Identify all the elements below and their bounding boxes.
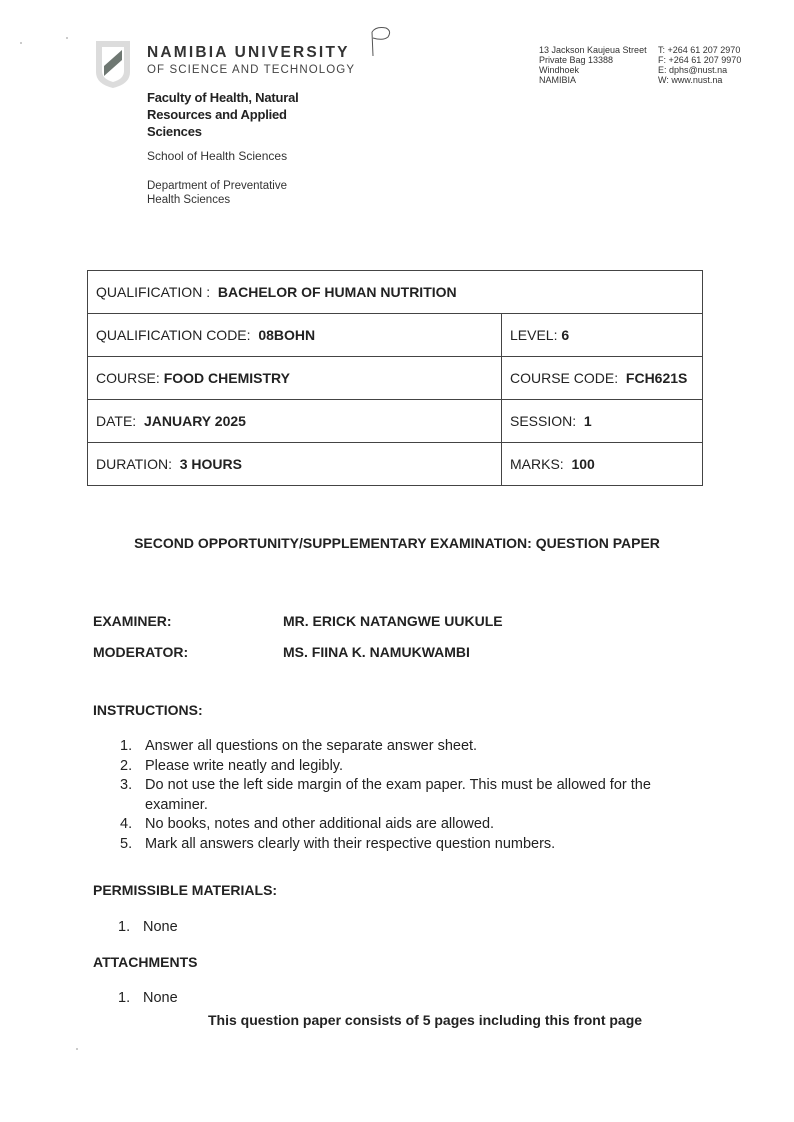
marks-value: 100 [571, 456, 594, 472]
list-item: 1.None [118, 989, 178, 1009]
duration-value: 3 HOURS [180, 456, 242, 472]
date-value: JANUARY 2025 [144, 413, 246, 429]
list-item: 5.Mark all answers clearly with their re… [120, 835, 680, 855]
list-item: 4.No books, notes and other additional a… [120, 815, 680, 835]
university-subtitle: OF SCIENCE AND TECHNOLOGY [147, 64, 355, 76]
address-line: 13 Jackson Kaujeua Street [539, 45, 647, 55]
date-cell: DATE: JANUARY 2025 [88, 400, 502, 443]
address-line: Windhoek [539, 65, 647, 75]
page-count-note: This question paper consists of 5 pages … [208, 1012, 642, 1028]
contact-phone: T: +264 61 207 2970 [658, 45, 741, 55]
handwritten-mark-icon [366, 22, 396, 58]
level-label: LEVEL: [510, 327, 557, 343]
list-item: 3.Do not use the left side margin of the… [120, 776, 680, 815]
date-label: DATE: [96, 413, 136, 429]
qualification-cell: QUALIFICATION : BACHELOR OF HUMAN NUTRIT… [88, 271, 703, 314]
marks-cell: MARKS: 100 [502, 443, 703, 486]
level-value: 6 [561, 327, 569, 343]
scan-speck [76, 1048, 78, 1050]
school-name: School of Health Sciences [147, 149, 287, 163]
level-cell: LEVEL: 6 [502, 314, 703, 357]
course-code-cell: COURSE CODE: FCH621S [502, 357, 703, 400]
list-item: 1.None [118, 918, 178, 938]
university-name: NAMIBIA UNIVERSITY [147, 44, 350, 62]
table-row: DURATION: 3 HOURS MARKS: 100 [88, 443, 703, 486]
course-value: FOOD CHEMISTRY [164, 370, 290, 386]
table-row: QUALIFICATION CODE: 08BOHN LEVEL: 6 [88, 314, 703, 357]
duration-label: DURATION: [96, 456, 172, 472]
qualification-code-label: QUALIFICATION CODE: [96, 327, 251, 343]
qualification-code-cell: QUALIFICATION CODE: 08BOHN [88, 314, 502, 357]
instructions-title: INSTRUCTIONS: [93, 702, 203, 718]
address-line: Private Bag 13388 [539, 55, 647, 65]
scan-speck [20, 42, 22, 44]
permissible-materials-title: PERMISSIBLE MATERIALS: [93, 882, 277, 898]
contact-website: W: www.nust.na [658, 75, 741, 85]
list-item: 2.Please write neatly and legibly. [120, 757, 680, 777]
faculty-name: Faculty of Health, Natural Resources and… [147, 89, 327, 140]
examiner-label: EXAMINER: [93, 613, 172, 629]
attachments-list: 1.None [118, 989, 178, 1009]
moderator-name: MS. FIINA K. NAMUKWAMBI [283, 644, 470, 660]
contact-block: T: +264 61 207 2970 F: +264 61 207 9970 … [658, 45, 741, 85]
table-row: DATE: JANUARY 2025 SESSION: 1 [88, 400, 703, 443]
course-code-label: COURSE CODE: [510, 370, 618, 386]
session-cell: SESSION: 1 [502, 400, 703, 443]
course-cell: COURSE: FOOD CHEMISTRY [88, 357, 502, 400]
university-logo-icon [93, 38, 133, 90]
course-label: COURSE: [96, 370, 160, 386]
qualification-value: BACHELOR OF HUMAN NUTRITION [218, 284, 457, 300]
list-item: 1.Answer all questions on the separate a… [120, 737, 680, 757]
session-label: SESSION: [510, 413, 576, 429]
duration-cell: DURATION: 3 HOURS [88, 443, 502, 486]
contact-email: E: dphs@nust.na [658, 65, 741, 75]
permissible-materials-list: 1.None [118, 918, 178, 938]
address-block: 13 Jackson Kaujeua Street Private Bag 13… [539, 45, 647, 85]
exam-details-table: QUALIFICATION : BACHELOR OF HUMAN NUTRIT… [87, 270, 703, 486]
table-row: QUALIFICATION : BACHELOR OF HUMAN NUTRIT… [88, 271, 703, 314]
scan-speck [66, 37, 68, 39]
contact-fax: F: +264 61 207 9970 [658, 55, 741, 65]
exam-title: SECOND OPPORTUNITY/SUPPLEMENTARY EXAMINA… [0, 535, 794, 551]
qualification-code-value: 08BOHN [258, 327, 315, 343]
attachments-title: ATTACHMENTS [93, 954, 197, 970]
qualification-label: QUALIFICATION : [96, 284, 210, 300]
session-value: 1 [584, 413, 592, 429]
address-line: NAMIBIA [539, 75, 647, 85]
table-row: COURSE: FOOD CHEMISTRY COURSE CODE: FCH6… [88, 357, 703, 400]
examiner-name: MR. ERICK NATANGWE UUKULE [283, 613, 503, 629]
department-name: Department of Preventative Health Scienc… [147, 179, 317, 207]
course-code-value: FCH621S [626, 370, 687, 386]
moderator-label: MODERATOR: [93, 644, 188, 660]
instructions-list: 1.Answer all questions on the separate a… [120, 737, 680, 854]
marks-label: MARKS: [510, 456, 564, 472]
